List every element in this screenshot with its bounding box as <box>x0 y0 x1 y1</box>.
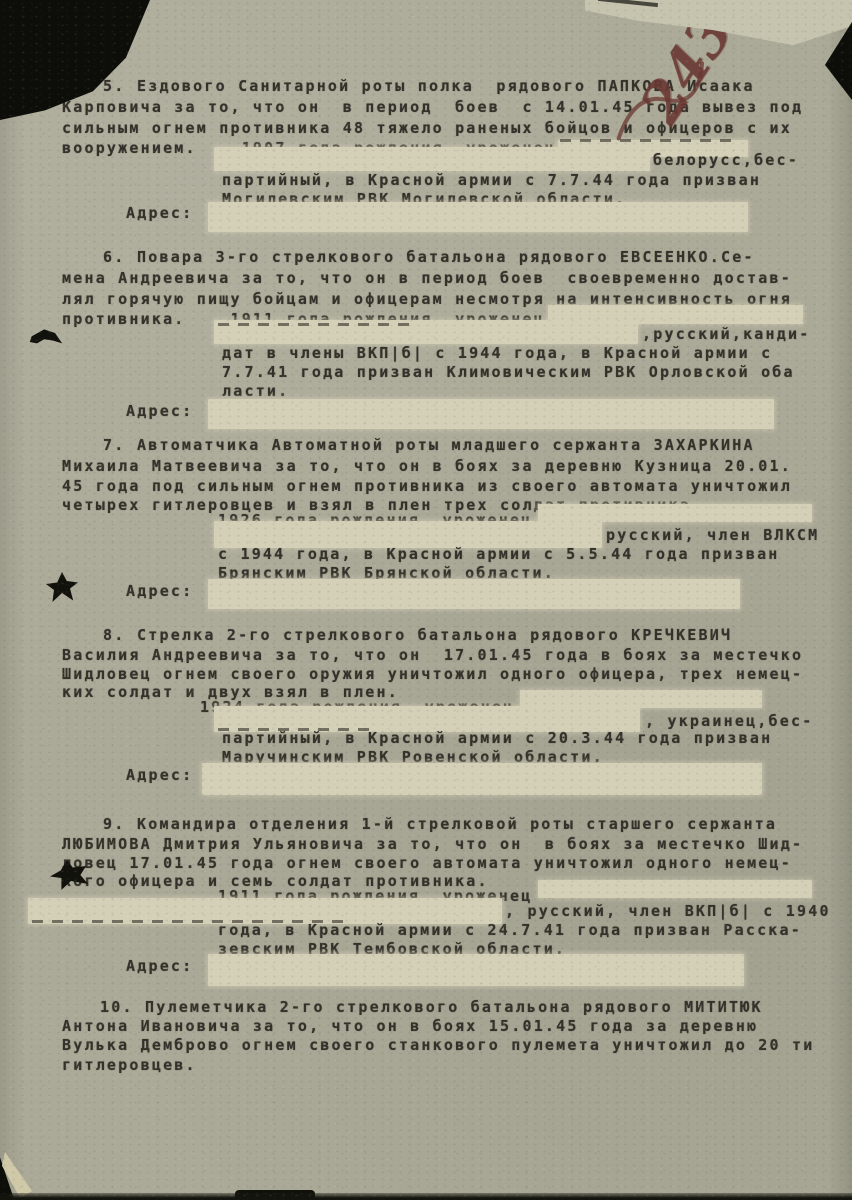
text-line: Антона Ивановича за то, что он в боях 15… <box>62 1018 758 1035</box>
entry-number: 6. <box>103 249 125 266</box>
entry-number: 10. <box>100 999 134 1016</box>
text-line: 7.7.41 года призван Климовическим РВК Ор… <box>222 364 795 381</box>
text-line: ловец 17.01.45 года огнем своего автомат… <box>62 855 792 872</box>
text-line: партийный, в Красной армии с 7.7.44 года… <box>222 172 761 189</box>
redaction-box-address <box>208 579 740 609</box>
text-line: , русский, член ВКП|б| с 1940 <box>505 903 831 920</box>
text-line: 45 года под сильным огнем противника из … <box>62 478 792 495</box>
text-line: Шидловец огнем своего оружия уничтожил о… <box>62 666 803 683</box>
redaction-box-address <box>202 763 762 795</box>
address-label: Адрес: <box>126 205 193 222</box>
redaction-box-birthplace <box>214 147 650 171</box>
entry-number: 5. <box>103 78 125 95</box>
entry-number: 7. <box>103 437 125 454</box>
document-scan: 5. Ездового Санитарной роты полка рядово… <box>0 0 852 1200</box>
redaction-box-address <box>208 202 748 232</box>
redaction-box-birthplace <box>538 880 812 898</box>
redaction-box-address <box>208 954 744 986</box>
address-label: Адрес: <box>126 958 193 975</box>
text-line: Михаила Матвеевича за то, что он в боях … <box>62 458 792 475</box>
entry-number: 9. <box>103 816 125 833</box>
text-line: , украинец,бес- <box>645 713 813 730</box>
address-label: Адрес: <box>126 583 193 600</box>
text-line: Стрелка 2-го стрелкового батальона рядов… <box>137 627 732 644</box>
text-line: Повара 3-го стрелкового батальона рядово… <box>137 249 755 266</box>
text-line: белорусс,бес- <box>653 152 799 169</box>
redaction-box-birthplace <box>214 320 638 344</box>
text-line: гитлеровцев. <box>62 1057 197 1074</box>
text-line: партийный, в Красной армии с 20.3.44 год… <box>222 730 772 747</box>
text-line: ласти. <box>222 383 289 400</box>
text-line: с 1944 года, в Красной армии с 5.5.44 го… <box>218 546 780 563</box>
entry-number: 8. <box>103 627 125 644</box>
text-line: Василия Андреевича за то, что он 17.01.4… <box>62 647 803 664</box>
text-line: русский, член ВЛКСМ <box>606 527 819 544</box>
text-line: ,русский,канди- <box>642 326 810 343</box>
address-label: Адрес: <box>126 767 193 784</box>
text-line: года, в Красной армии с 24.7.41 года при… <box>218 922 802 939</box>
text-line: ЛЮБИМОВА Дмитрия Ульяновича за то, что о… <box>62 836 803 853</box>
text-line: дат в члены ВКП|б| с 1944 года, в Красно… <box>222 345 772 362</box>
page-bottom-edge <box>0 1193 852 1200</box>
text-line: Автоматчика Автоматной роты младшего сер… <box>137 437 755 454</box>
text-line: Пулеметчика 2-го стрелкового батальона р… <box>145 999 763 1016</box>
redaction-box-birthplace <box>214 521 602 548</box>
text-line: Командира отделения 1-й стрелковой роты … <box>137 816 777 833</box>
text-line: мена Андреевича за то, что он в период б… <box>62 270 792 287</box>
redaction-box-birthplace <box>538 504 812 522</box>
address-label: Адрес: <box>126 403 193 420</box>
redaction-box-address <box>208 399 774 429</box>
text-line: Вулька Демброво огнем своего станкового … <box>62 1037 814 1054</box>
